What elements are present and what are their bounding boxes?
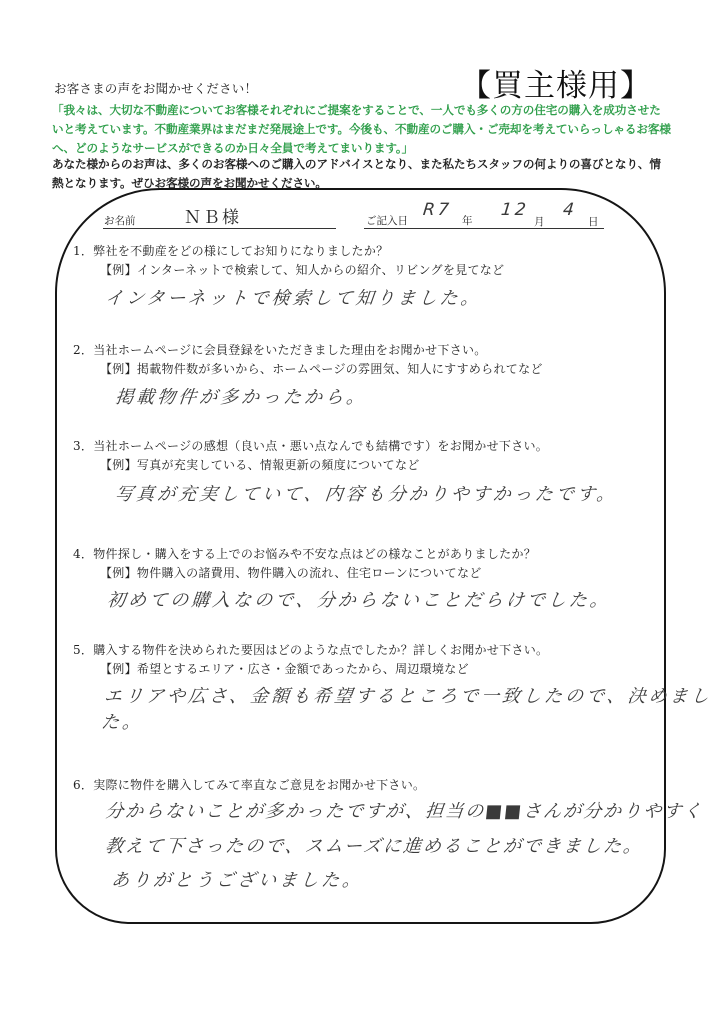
buyer-form-badge: 【買主様用】 [460, 60, 652, 105]
example-4: 【例】物件購入の諸費用、物件購入の流れ、住宅ローンについてなど [100, 564, 482, 581]
question-4: 4．物件探し・購入をする上でのお悩みや不安な点はどの様なことがありましたか？ [73, 545, 536, 562]
answer-5: エリアや広さ、金額も希望するところで一致したので、決めました。 [100, 682, 724, 734]
answer-3: 写真が充実していて、内容も分かりやすかったです。 [114, 480, 619, 506]
example-5: 【例】希望とするエリア・広さ・金額であったから、周辺環境など [100, 660, 469, 677]
answer-6-line-2: 教えて下さったので、スムーズに進めることができました。 [104, 832, 645, 858]
answer-6-line-3: ありがとうございました。 [110, 866, 365, 892]
question-3: 3．当社ホームページの感想（良い点・悪い点なんでも結構です）をお聞かせ下さい。 [73, 437, 548, 454]
intro-heading: お客さまの声をお聞かせください！ [54, 79, 257, 97]
name-label: お名前 [104, 213, 136, 228]
example-3: 【例】写真が充実している、情報更新の頻度についてなど [100, 456, 420, 473]
mission-statement: 「我々は、大切な不動産についてお客様それぞれにご提案をすることで、一人でも多くの… [52, 101, 672, 158]
date-month-value: 12 [500, 200, 530, 220]
question-6: 6．実際に物件を購入してみて率直なご意見をお聞かせ下さい。 [73, 776, 425, 793]
date-year-value: R7 [422, 200, 453, 220]
date-day-value: 4 [562, 200, 578, 220]
answer-6-line-1: 分からないことが多かったですが、担当の■■さんが分かりやすく [104, 797, 705, 823]
answer-4: 初めての購入なので、分からないことだらけでした。 [106, 586, 612, 612]
answer-1: インターネットで検索して知りました。 [104, 284, 483, 310]
day-unit: 日 [588, 214, 599, 229]
example-1: 【例】インターネットで検索して、知人からの紹介、リビングを見てなど [100, 261, 504, 278]
question-1: 1．弊社を不動産をどの様にしてお知りになりましたか？ [73, 242, 388, 259]
answer-2: 掲載物件が多かったから。 [114, 383, 369, 409]
name-value: ＮＢ様 [184, 203, 241, 228]
month-unit: 月 [534, 214, 545, 229]
question-2: 2．当社ホームページに会員登録をいただきました理由をお聞かせ下さい。 [73, 341, 487, 358]
question-5: 5．購入する物件を決められた要因はどのような点でしたか？詳しくお聞かせ下さい。 [73, 641, 548, 658]
example-2: 【例】掲載物件数が多いから、ホームページの雰囲気、知人にすすめられてなど [100, 360, 543, 377]
date-label: ご記入日 [366, 213, 408, 228]
year-unit: 年 [462, 213, 473, 228]
